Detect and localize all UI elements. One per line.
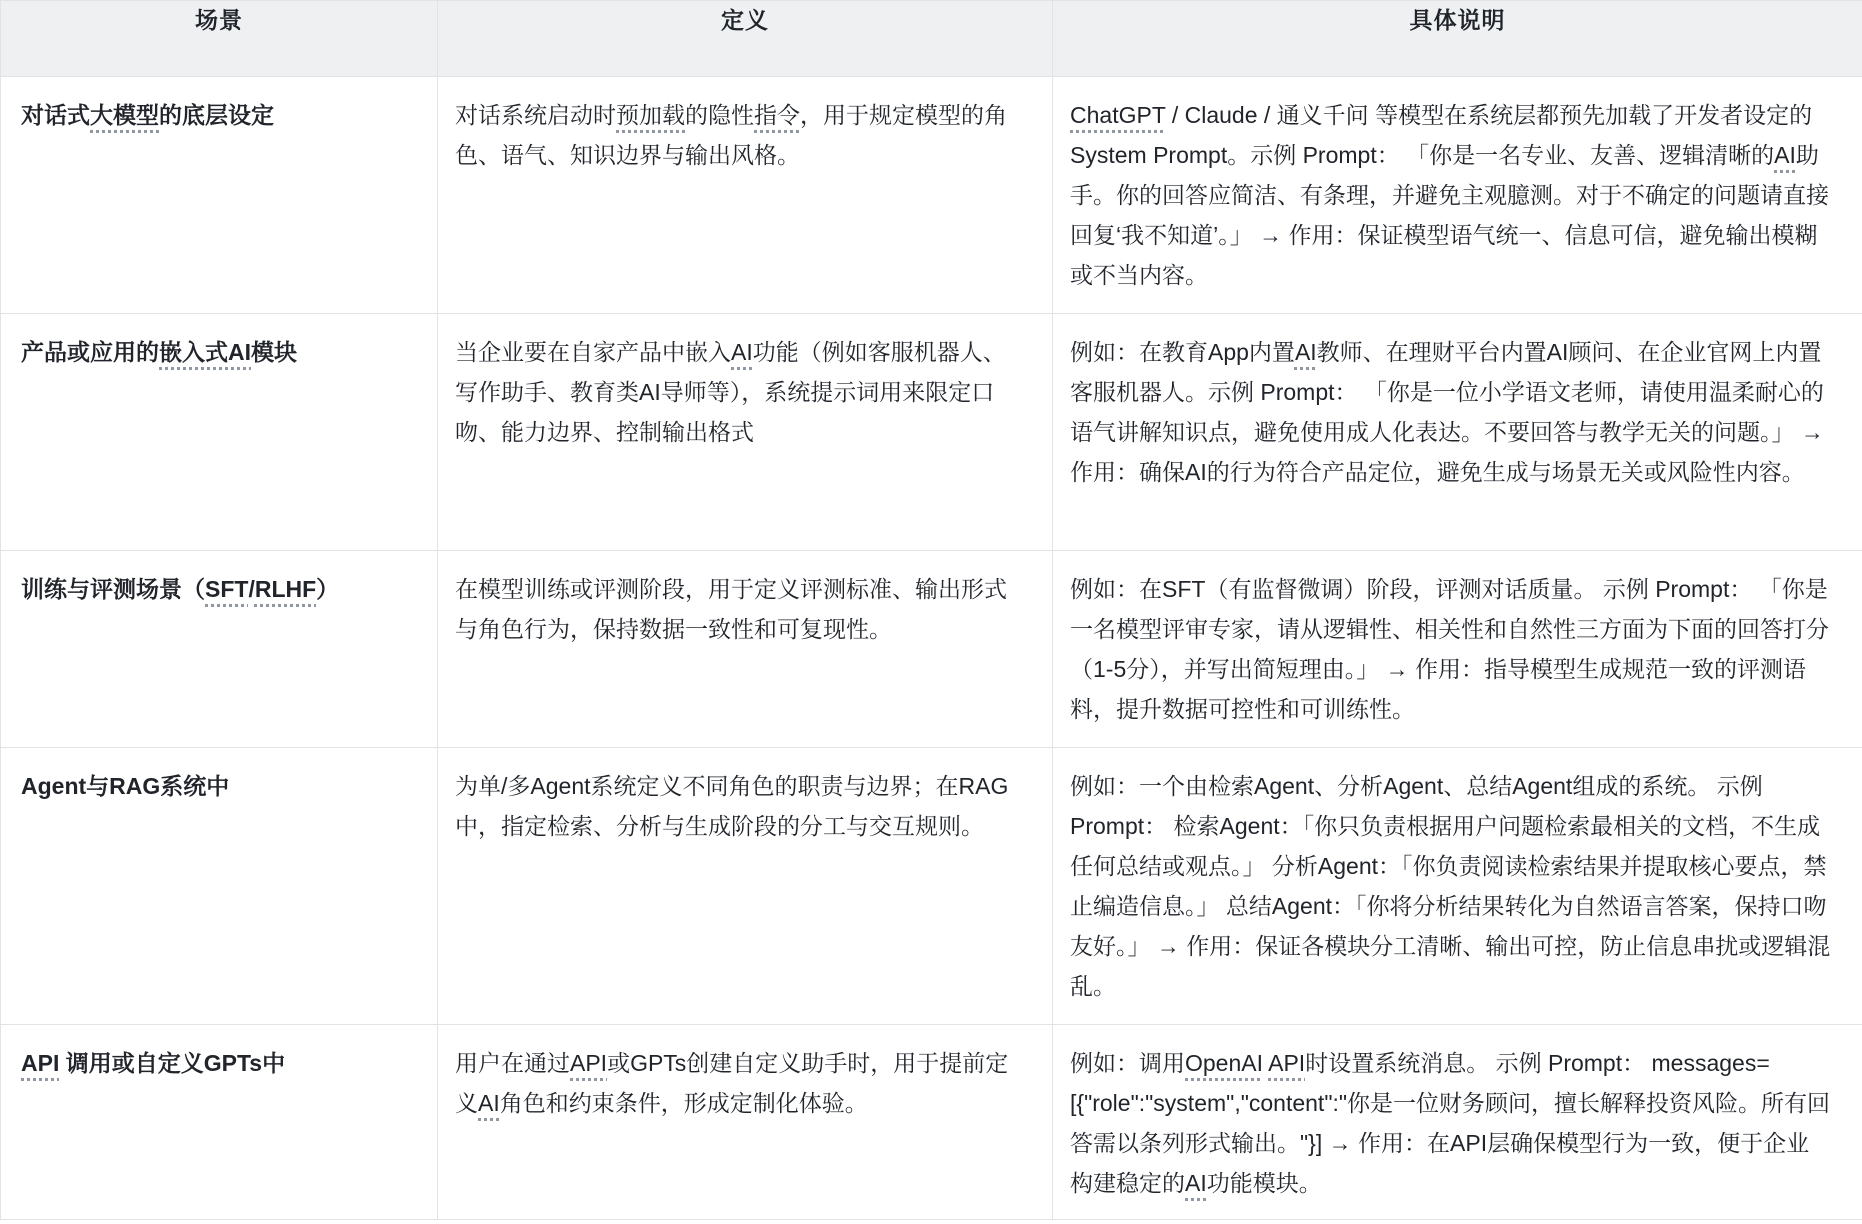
table-row: Agent与RAG系统中 为单/多Agent系统定义不同角色的职责与边界；在RA… [1, 748, 1862, 1025]
text-segment: 功能模块。 [1207, 1170, 1322, 1196]
text-segment: 例如：一个由检索Agent、分析Agent、总结Agent组成的系统。 示例 P… [1070, 773, 1830, 999]
cell-definition: 为单/多Agent系统定义不同角色的职责与边界；在RAG中，指定检索、分析与生成… [438, 748, 1053, 1025]
table-row: 训练与评测场景（SFT/RLHF） 在模型训练或评测阶段，用于定义评测标准、输出… [1, 551, 1862, 748]
text-segment: 用户在通过 [455, 1050, 570, 1076]
header-row: 场景 定义 具体说明 [1, 1, 1862, 77]
cell-definition: 在模型训练或评测阶段，用于定义评测标准、输出形式与角色行为，保持数据一致性和可复… [438, 551, 1053, 748]
system-prompt-scenarios-page: 场景 定义 具体说明 对话式大模型的底层设定 对话系统启动时预加载的隐性指令，用… [0, 0, 1862, 1224]
cell-definition: 当企业要在自家产品中嵌入AI功能（例如客服机器人、写作助手、教育类AI导师等），… [438, 314, 1053, 551]
text-segment: / Claude / 通义千问 等模型在系统层都预先加载了开发者设定的 Syst… [1070, 102, 1812, 168]
text-segment: ） [316, 576, 339, 602]
text-segment: API [21, 1050, 59, 1076]
text-segment: AI [731, 339, 753, 365]
cell-description: 例如：在教育App内置AI教师、在理财平台内置AI顾问、在企业官网上内置客服机器… [1053, 314, 1862, 551]
cell-scene: Agent与RAG系统中 [1, 748, 438, 1025]
scenario-table: 场景 定义 具体说明 对话式大模型的底层设定 对话系统启动时预加载的隐性指令，用… [0, 0, 1862, 1220]
text-segment: 为单/多Agent系统定义不同角色的职责与边界；在RAG中，指定检索、分析与生成… [455, 773, 1008, 839]
text-segment: 的底层设定 [159, 102, 274, 128]
cell-scene: 对话式大模型的底层设定 [1, 77, 438, 314]
text-segment: 对话系统启动时 [455, 102, 616, 128]
cell-definition: 对话系统启动时预加载的隐性指令，用于规定模型的角色、语气、知识边界与输出风格。 [438, 77, 1053, 314]
cell-description: 例如：在SFT（有监督微调）阶段，评测对话质量。 示例 Prompt： 「你是一… [1053, 551, 1862, 748]
table-row: 产品或应用的嵌入式AI模块 当企业要在自家产品中嵌入AI功能（例如客服机器人、写… [1, 314, 1862, 551]
text-segment: 角色和约束条件，形成定制化体验。 [500, 1090, 868, 1116]
text-segment: AI [1295, 339, 1317, 365]
col-header-scene: 场景 [1, 1, 438, 77]
table-row: 对话式大模型的底层设定 对话系统启动时预加载的隐性指令，用于规定模型的角色、语气… [1, 77, 1862, 314]
text-segment: 模块 [251, 339, 297, 365]
text-segment: SFT [205, 576, 248, 602]
cell-scene: 训练与评测场景（SFT/RLHF） [1, 551, 438, 748]
text-segment: 大模型 [90, 102, 159, 128]
cell-description: 例如：调用OpenAI API时设置系统消息。 示例 Prompt： messa… [1053, 1025, 1862, 1220]
text-segment: 指令 [754, 102, 800, 128]
col-header-definition: 定义 [438, 1, 1053, 77]
text-segment: API [1268, 1050, 1305, 1076]
table-body: 对话式大模型的底层设定 对话系统启动时预加载的隐性指令，用于规定模型的角色、语气… [1, 77, 1862, 1220]
text-segment: Agent与RAG系统中 [21, 773, 229, 799]
cell-definition: 用户在通过API或GPTs创建自定义助手时，用于提前定义AI角色和约束条件，形成… [438, 1025, 1053, 1220]
text-segment: ChatGPT [1070, 102, 1165, 128]
text-segment: 例如：在教育App内置 [1070, 339, 1295, 365]
text-segment: 当企业要在自家产品中嵌入 [455, 339, 731, 365]
text-segment: 预加载 [616, 102, 685, 128]
cell-description: 例如：一个由检索Agent、分析Agent、总结Agent组成的系统。 示例 P… [1053, 748, 1862, 1025]
text-segment: AI [1774, 142, 1796, 168]
text-segment: 产品或应用的 [21, 339, 159, 365]
text-segment: 嵌入式AI [159, 339, 251, 365]
text-segment: 调用或自定义GPTs中 [59, 1050, 285, 1076]
text-segment: RLHF [255, 576, 316, 602]
text-segment: OpenAI [1185, 1050, 1263, 1076]
text-segment: 训练与评测场景（ [21, 576, 205, 602]
cell-scene: API 调用或自定义GPTs中 [1, 1025, 438, 1220]
text-segment: 对话式 [21, 102, 90, 128]
text-segment: 例如：调用 [1070, 1050, 1185, 1076]
col-header-description: 具体说明 [1053, 1, 1862, 77]
cell-description: ChatGPT / Claude / 通义千问 等模型在系统层都预先加载了开发者… [1053, 77, 1862, 314]
text-segment: AI [478, 1090, 500, 1116]
table-row: API 调用或自定义GPTs中 用户在通过API或GPTs创建自定义助手时，用于… [1, 1025, 1862, 1220]
text-segment: 例如：在SFT（有监督微调）阶段，评测对话质量。 示例 Prompt： 「你是一… [1070, 576, 1829, 722]
text-segment: AI [1185, 1170, 1207, 1196]
cell-scene: 产品或应用的嵌入式AI模块 [1, 314, 438, 551]
text-segment: API [570, 1050, 607, 1076]
text-segment: 的隐性 [685, 102, 754, 128]
text-segment: 在模型训练或评测阶段，用于定义评测标准、输出形式与角色行为，保持数据一致性和可复… [455, 576, 1007, 642]
